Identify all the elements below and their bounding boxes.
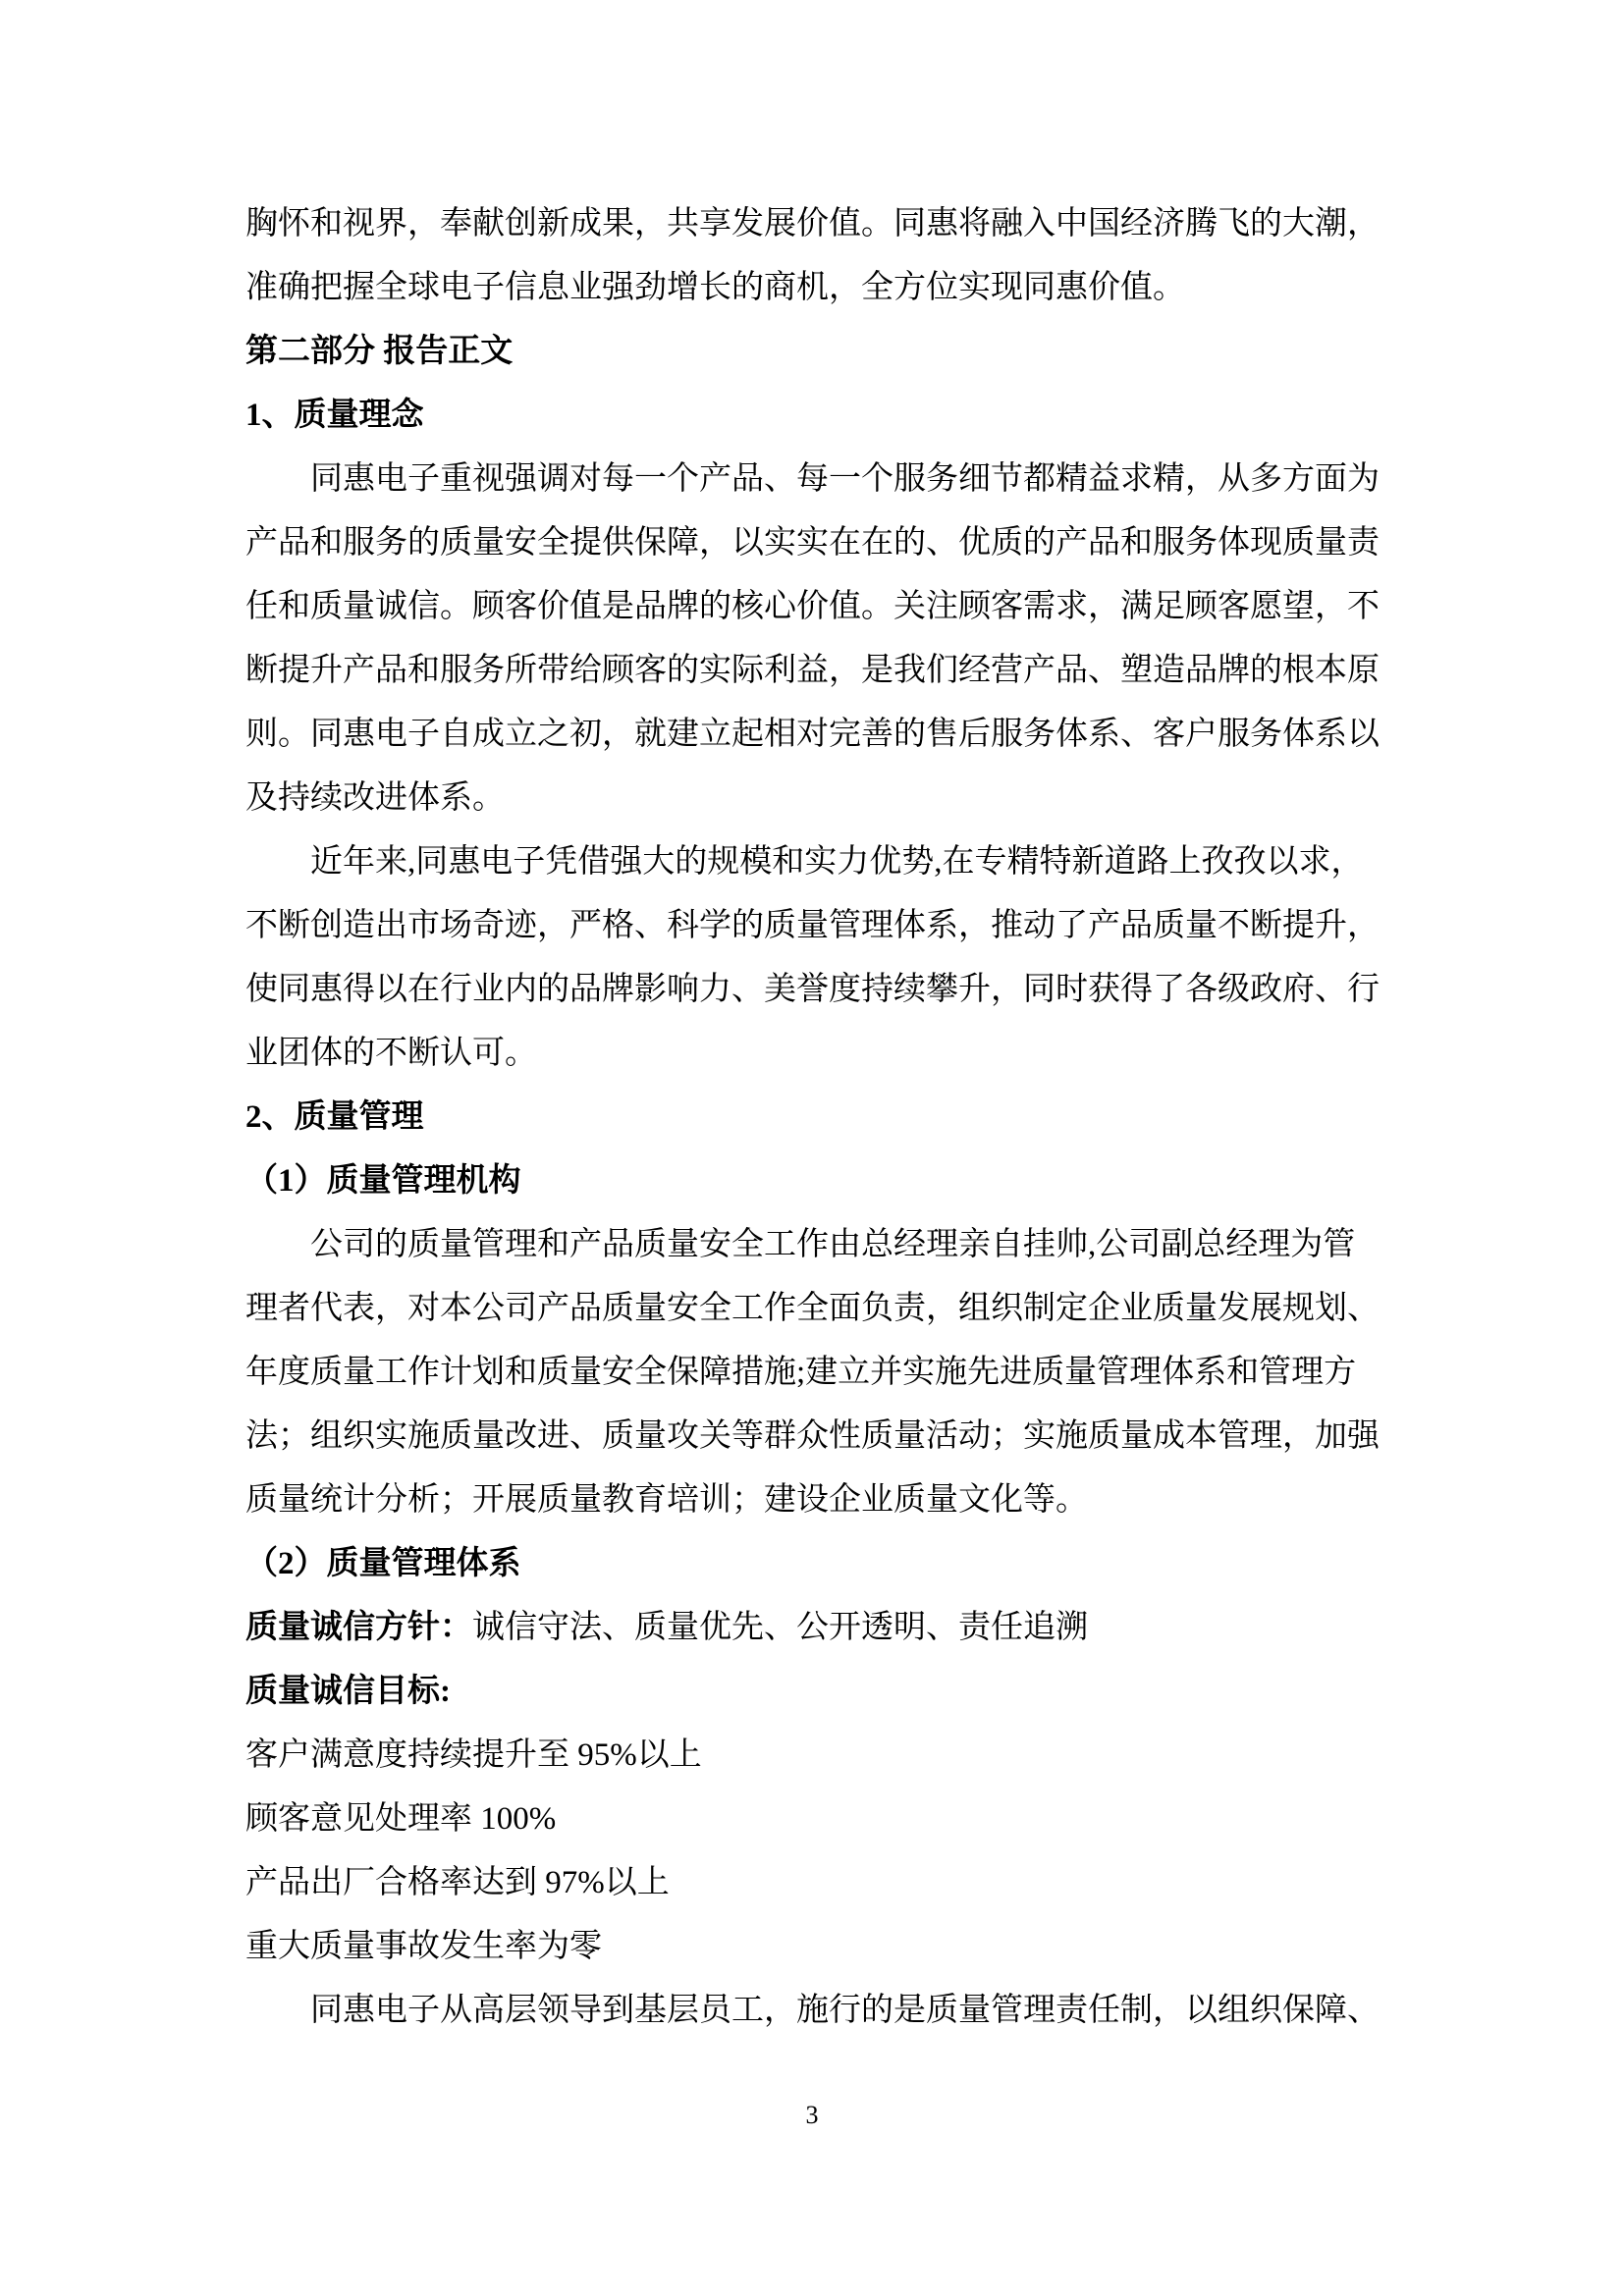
integrity-goals-list-line-1: 客户满意度持续提升至 95%以上	[245, 1724, 1379, 1788]
quality-management-org-paragraph-line-1: 公司的质量管理和产品质量安全工作由总经理亲自挂帅,公司副总经理为管	[245, 1213, 1379, 1277]
quality-concept-paragraph-2-line-2: 不断创造出市场奇迹，严格、科学的质量管理体系，推动了产品质量不断提升，	[245, 894, 1379, 958]
quality-concept-paragraph-1-line-1: 同惠电子重视强调对每一个产品、每一个服务细节都精益求精，从多方面为	[245, 448, 1379, 511]
document-content: 胸怀和视界，奉献创新成果，共享发展价值。同惠将融入中国经济腾飞的大潮，准确把握全…	[245, 192, 1379, 2043]
quality-concept-paragraph-1-line-5: 则。同惠电子自成立之初，就建立起相对完善的售后服务体系、客户服务体系以	[245, 703, 1379, 767]
quality-concept-paragraph-1-line-6: 及持续改进体系。	[245, 767, 1379, 830]
integrity-policy-line-run-2: 诚信守法、质量优先、公开透明、责任追溯	[472, 1610, 1088, 1645]
quality-management-org-paragraph-line-4: 法；组织实施质量改进、质量攻关等群众性质量活动；实施质量成本管理，加强	[245, 1405, 1379, 1468]
integrity-policy-line-run-1: 质量诚信方针：	[245, 1610, 472, 1645]
section-2-heading: 2、质量管理	[245, 1086, 1379, 1149]
page-number: 3	[806, 2101, 819, 2129]
integrity-goals-list-line-4: 重大质量事故发生率为零	[245, 1915, 1379, 1979]
subsection-2-1-heading: （1）质量管理机构	[245, 1149, 1379, 1213]
carryover-paragraph-line-1: 胸怀和视界，奉献创新成果，共享发展价值。同惠将融入中国经济腾飞的大潮，	[245, 192, 1379, 256]
quality-concept-paragraph-2-line-4: 业团体的不断认可。	[245, 1022, 1379, 1086]
integrity-goals-heading: 质量诚信目标:	[245, 1660, 1379, 1724]
quality-management-org-paragraph-line-2: 理者代表，对本公司产品质量安全工作全面负责，组织制定企业质量发展规划、	[245, 1277, 1379, 1341]
subsection-2-2-heading: （2）质量管理体系	[245, 1532, 1379, 1596]
integrity-goals-list-line-3: 产品出厂合格率达到 97%以上	[245, 1851, 1379, 1915]
quality-management-org-paragraph-line-5: 质量统计分析；开展质量教育培训；建设企业质量文化等。	[245, 1468, 1379, 1532]
document-page: 胸怀和视界，奉献创新成果，共享发展价值。同惠将融入中国经济腾飞的大潮，准确把握全…	[0, 0, 1624, 2296]
responsibility-paragraph-line-1: 同惠电子从高层领导到基层员工，施行的是质量管理责任制，以组织保障、	[245, 1979, 1379, 2043]
quality-concept-paragraph-1-line-4: 断提升产品和服务所带给顾客的实际利益，是我们经营产品、塑造品牌的根本原	[245, 639, 1379, 703]
quality-concept-paragraph-1-line-3: 任和质量诚信。顾客价值是品牌的核心价值。关注顾客需求，满足顾客愿望，不	[245, 575, 1379, 639]
carryover-paragraph-line-2: 准确把握全球电子信息业强劲增长的商机，全方位实现同惠价值。	[245, 256, 1379, 320]
page-footer: 3	[0, 2098, 1624, 2133]
quality-management-org-paragraph-line-3: 年度质量工作计划和质量安全保障措施;建立并实施先进质量管理体系和管理方	[245, 1341, 1379, 1405]
part-2-heading: 第二部分 报告正文	[245, 320, 1379, 384]
quality-concept-paragraph-2-line-1: 近年来,同惠电子凭借强大的规模和实力优势,在专精特新道路上孜孜以求，	[245, 830, 1379, 894]
integrity-policy-line: 质量诚信方针：诚信守法、质量优先、公开透明、责任追溯	[245, 1596, 1379, 1660]
quality-concept-paragraph-1-line-2: 产品和服务的质量安全提供保障，以实实在在的、优质的产品和服务体现质量责	[245, 511, 1379, 575]
quality-concept-paragraph-2-line-3: 使同惠得以在行业内的品牌影响力、美誉度持续攀升，同时获得了各级政府、行	[245, 958, 1379, 1022]
integrity-goals-list-line-2: 顾客意见处理率 100%	[245, 1788, 1379, 1851]
section-1-heading: 1、质量理念	[245, 384, 1379, 448]
